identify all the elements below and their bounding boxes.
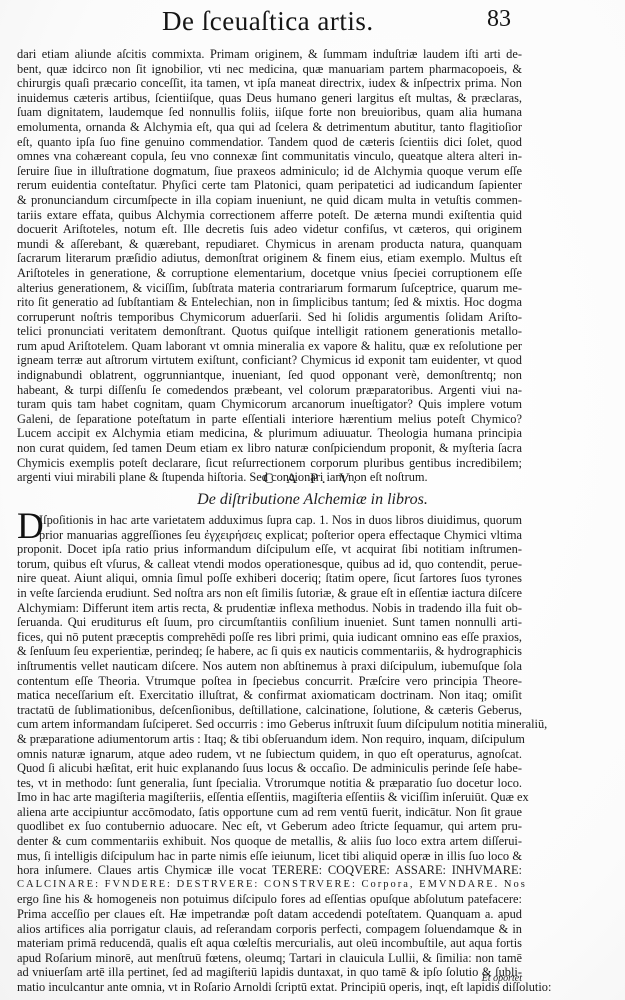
text-line: ergo ſine his & homogeneis non potuimus … (17, 892, 522, 907)
running-title: De ſceuaſtica artis. (162, 6, 374, 37)
text-line: nire queat. Aiunt aliqui, omnia ſimul po… (17, 571, 522, 586)
text-line: rerum euidentia conteſtatur. Phyſici cer… (17, 178, 522, 193)
text-line: docuerit Ariſtoteles, notum eſt. Ille de… (17, 222, 522, 237)
page-number: 83 (487, 6, 511, 33)
text-line: torum, quibus eſt vſurus, & calleat vten… (17, 557, 522, 572)
text-line: fices, qui nō putent præceptis comprehēd… (17, 630, 522, 645)
text-line: denter & cum commentariis exhibuit. Nos … (17, 834, 522, 849)
text-line: ſeruanda. Qui eruditurus eſt ſuum, pro c… (17, 615, 522, 630)
text-line: dari etiam aliunde aſcitis commixta. Pri… (17, 47, 522, 62)
paragraph-2: Iſpoſitionis in hac arte varietatem addu… (17, 513, 522, 995)
text-line: tes, vt in methodo: ſunt generalia, ſunt… (17, 776, 522, 791)
text-line: igneam terræ aut aſtrorum virtutem exiſt… (17, 353, 522, 368)
text-line: ſuam dignitatem, laudemque ſed nonnullis… (17, 105, 522, 120)
text-line: tractatū de ſublimationibus, deſcenſioni… (17, 703, 522, 718)
text-line: cum artem informandam ſuſciperet. Sed oc… (17, 717, 522, 732)
text-line: telici pronunciati veritatem demonſtrant… (17, 324, 522, 339)
text-line: Iſpoſitionis in hac arte varietatem addu… (17, 513, 522, 528)
text-line: indignabundi oblatrent, oggrunniantque, … (17, 368, 522, 383)
text-line: ſeruire ſiue in illuſtratione dogmatum, … (17, 164, 522, 179)
text-line: turam quis tam habet cognitam, quam Chym… (17, 397, 522, 412)
text-line: mus, ſi intelligis diſcipulum hac in par… (17, 849, 522, 864)
text-line: alterius generationem, & viciſſim, ſubſt… (17, 281, 522, 296)
text-line: ad vniuerſam artē illa pertinet, ſed ad … (17, 965, 522, 980)
text-line: & pronunciandum circumſpecte in illa cop… (17, 193, 522, 208)
text-line: proponit. Docet ipſa ratio prius informa… (17, 542, 522, 557)
chapter-label: C A P. V. (0, 471, 625, 488)
text-line: Lucem accipit ex Alchymia etiam medicina… (17, 426, 522, 441)
text-line: & præparatione adiumentorum artis : Itaq… (17, 732, 522, 747)
text-line: Alchymiam: Differunt item artis recta, &… (17, 601, 522, 616)
text-line: habeant, & turpi diſſenſu ſe comedendos … (17, 383, 522, 398)
text-line: materiam primā reducendā, qualis eſt aqu… (17, 936, 522, 951)
running-head: De ſceuaſtica artis. 83 (0, 6, 625, 42)
text-line: Chymicis exemplis poteſt declarare, ſicu… (17, 456, 522, 471)
text-line: corruperunt noſtris temporibus Chymicoru… (17, 310, 522, 325)
paragraph-1: dari etiam aliunde aſcitis commixta. Pri… (17, 47, 522, 485)
text-line: & ſenſuum ſeu experientiæ, perindeq; ſe … (17, 644, 522, 659)
text-line: Galeni, de ſeparatione poteſtatum in par… (17, 412, 522, 427)
text-line: omnis naturæ ignarum, atque adeo rudem, … (17, 747, 522, 762)
text-line: quodlibet ex ſuo contubernio aduocare. N… (17, 819, 522, 834)
catchword: Et oportet (470, 973, 522, 984)
text-line: aliena arte accipiuntur accōmodato, ſati… (17, 805, 522, 820)
text-line: hora inſumere. Claues artis Chymicæ ille… (17, 863, 522, 878)
text-line: in veſte ſarcienda erudiunt. Sed noſtra … (17, 586, 522, 601)
text-line: Ariſtoteles in generatione, & corruption… (17, 266, 522, 281)
text-line: non curat quidem, ſed tamen Deum etiam e… (17, 441, 522, 456)
text-line: inuidemus cæteris artibus, ſcientiiſque,… (17, 91, 522, 106)
text-line: omnes vna cohæreant copula, ſeu vno conn… (17, 149, 522, 164)
text-line: matica neceſſarium eſt. Exercitatio illu… (17, 688, 522, 703)
text-line: matio inculcantur ante omnia, vt in Roſa… (17, 980, 522, 995)
text-line: prior manuarias aggreſſiones ſeu ἐγχειρή… (17, 528, 522, 543)
text-line: mundi & aſſerebant, & quærebant, repudia… (17, 237, 522, 252)
text-line: Quod ſi alicubi hæſitat, erit huic expla… (17, 761, 522, 776)
text-line: rito ſit generatio ad ſubſtantiam & Ente… (17, 295, 522, 310)
text-line: tariis extare effata, quibus Alchymia co… (17, 208, 522, 223)
text-line: CALCINARE: FVNDERE: DESTRVERE: CONSTRVER… (17, 878, 522, 893)
text-line: Imo in hac arte magiſteria magiſteriis, … (17, 790, 522, 805)
text-line: alios artifices alia porrigatur clauis, … (17, 922, 522, 937)
text-line: emolumenta, ornanda & Alchymia eſt, qua … (17, 120, 522, 135)
text-line: rum apud Ariſtotelem. Quam laborant vt o… (17, 339, 522, 354)
chapter-title: De diſtributione Alchemiæ in libros. (0, 491, 625, 509)
text-line: ſacrarum literarum præſidio adiutus, dem… (17, 251, 522, 266)
text-line: chirurgis quaſi præcario conceſſit, ita … (17, 76, 522, 91)
text-line: Prima acceſſio per claues eſt. Hæ impetr… (17, 907, 522, 922)
text-line: inſtrumentis vellet nauticam diſcere. No… (17, 659, 522, 674)
text-line: apud Roſarium minorē, aut menſtruū fœten… (17, 951, 522, 966)
text-line: eſt, quanto ipſa ſuo fine genuino commen… (17, 135, 522, 150)
book-page: De ſceuaſtica artis. 83 dari etiam aliun… (0, 0, 625, 1000)
text-line: contentum eſſe Theoria. Vtrumque poſtea … (17, 674, 522, 689)
text-line: bent, quæ idcirco non ſit ignobilior, vt… (17, 62, 522, 77)
